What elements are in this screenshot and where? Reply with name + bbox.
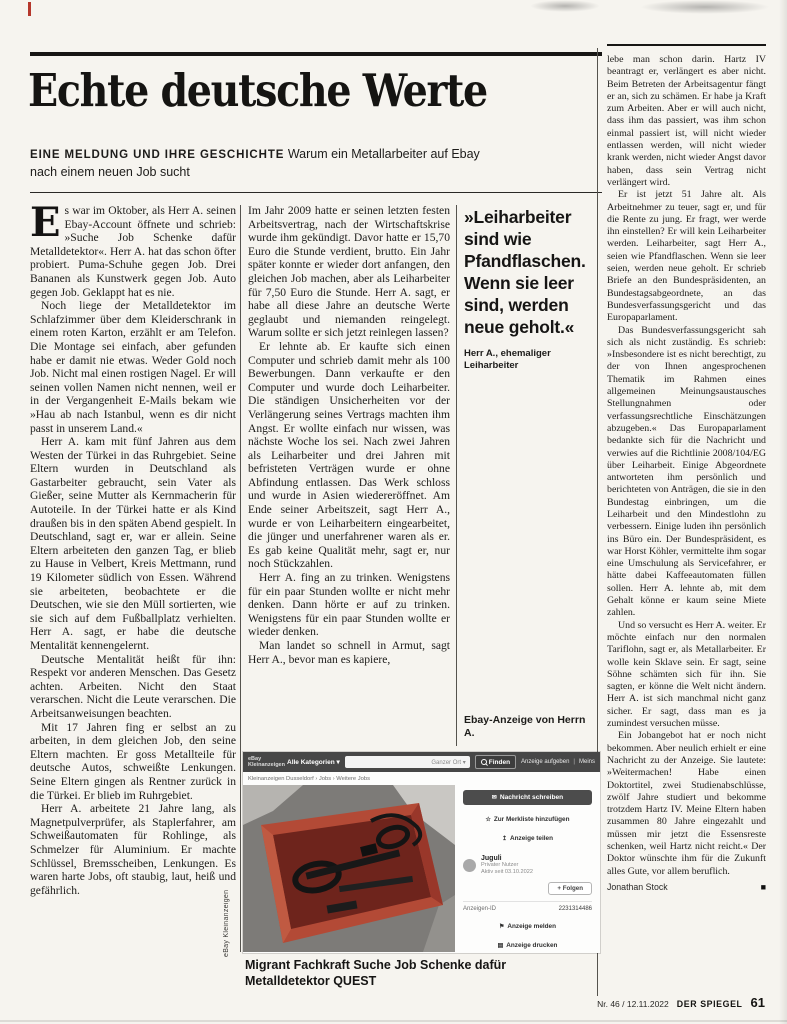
pull-quote: »Leiharbeiter sind wie Pfandflaschen. We… (464, 206, 600, 372)
ebay-ad-screenshot: eBay Kleinanzeigen Alle Kategorien ▾ Gan… (243, 752, 600, 953)
seller-info: Juguli Privater Nutzer Aktiv seit 03.10.… (463, 855, 592, 876)
ad-id-label: Anzeigen-ID (463, 906, 496, 912)
ad-id-value: 2231314486 (559, 906, 592, 912)
paragraph: Mit 17 Jahren fing er selbst an zu arbei… (30, 721, 236, 803)
message-button: ✉Nachricht schreiben (463, 790, 592, 805)
paragraph: Deutsche Mentalität heißt für ihn: Respe… (30, 653, 236, 721)
seller-avatar (463, 859, 476, 872)
ebay-ad-label: Ebay-Anzeige von Herrn A. (464, 714, 594, 740)
report-ad-link: ⚑Anzeige melden (463, 922, 592, 931)
search-icon (481, 759, 487, 765)
seller-type: Privater Nutzer (481, 862, 533, 869)
paragraph: Im Jahr 2009 hatte er seinen letzten fes… (248, 204, 450, 340)
article-end-mark: ■ (761, 881, 766, 893)
paragraph: Er ist jetzt 51 Jahre alt. Als Arbeitneh… (607, 189, 766, 324)
ebay-logo: eBay Kleinanzeigen (248, 756, 282, 768)
headline-rule (30, 52, 602, 56)
author-byline: Jonathan Stock (607, 881, 668, 893)
right-column-rule (607, 44, 766, 46)
navbar-links: Anzeige aufgeben | Meins (521, 759, 595, 765)
page-edge-shadow (779, 0, 787, 1024)
article-column-2: Im Jahr 2009 hatte er seinen letzten fes… (248, 204, 450, 746)
magazine-name: DER SPIEGEL (677, 999, 743, 1009)
article-column-4: lebe man schon darin. Hartz IV beantragt… (607, 54, 766, 990)
seller-name: Juguli (481, 855, 533, 862)
follow-button: + Folgen (548, 882, 592, 895)
printer-icon: ▤ (498, 942, 504, 949)
paragraph: Noch liege der Metalldetektor im Schlafz… (30, 299, 236, 435)
paragraph: Es war im Oktober, als Herr A. seinen Eb… (30, 204, 236, 299)
category-dropdown: Alle Kategorien ▾ (287, 758, 340, 766)
column-divider-2 (456, 205, 457, 746)
paragraph: Das Bundesverfassungsgericht sah sich al… (607, 325, 766, 620)
ebay-ad-body: ✉Nachricht schreiben ☆Zur Merkliste hinz… (243, 785, 600, 952)
flag-icon: ⚑ (499, 923, 504, 930)
watchlist-button: ☆Zur Merkliste hinzufügen (463, 815, 592, 824)
article-column-1: Es war im Oktober, als Herr A. seinen Eb… (30, 204, 236, 990)
ebay-navbar: eBay Kleinanzeigen Alle Kategorien ▾ Gan… (243, 752, 600, 772)
ad-id-row: Anzeigen-ID 2231314486 (463, 906, 592, 912)
red-crop-mark (28, 2, 31, 16)
dropcap: E (30, 204, 65, 239)
metal-detector-photo-svg (243, 785, 455, 952)
breadcrumb: Kleinanzeigen Dusseldorf › Jobs › Weiter… (243, 772, 600, 785)
share-icon: ↥ (502, 835, 507, 842)
kicker-label: EINE MELDUNG UND IHRE GESCHICHTE (30, 149, 284, 161)
scan-smudge (530, 0, 600, 12)
panel-divider (463, 901, 592, 902)
paragraph: Herr A. arbeitete 21 Jahre lang, als Mag… (30, 802, 236, 897)
scan-smudge (640, 0, 770, 14)
magazine-page: Echte deutsche Werte EINE MELDUNG UND IH… (0, 0, 787, 1024)
paragraph: Und so versucht es Herr A. weiter. Er mö… (607, 620, 766, 731)
navbar-separator: | (573, 759, 575, 765)
byline-row: Jonathan Stock ■ (607, 881, 766, 893)
page-number: 61 (751, 995, 765, 1010)
paragraph: Man landet so schnell in Armut, sagt Her… (248, 639, 450, 666)
paragraph: Ein Jobangebot hat er noch nicht bekomme… (607, 730, 766, 878)
image-caption: Migrant Fachkraft Suche Job Schenke dafü… (245, 957, 591, 989)
paragraph: Herr A. kam mit fünf Jahren aus dem West… (30, 435, 236, 653)
search-input: Ganzer Ort ▾ (345, 756, 470, 768)
page-title: Echte deutsche Werte (28, 64, 487, 117)
kicker-rule (30, 192, 602, 193)
issue-date: Nr. 46 / 12.11.2022 (597, 999, 669, 1009)
paragraph: lebe man schon darin. Hartz IV beantragt… (607, 54, 766, 189)
page-footer: Nr. 46 / 12.11.2022 DER SPIEGEL 61 (597, 995, 765, 1010)
envelope-icon: ✉ (492, 794, 497, 801)
account-link: Meins (579, 759, 595, 765)
column-divider-1 (240, 205, 241, 952)
share-button: ↥Anzeige teilen (463, 834, 592, 843)
paragraph: Herr A. fing an zu trinken. Wenigstens f… (248, 571, 450, 639)
star-icon: ☆ (485, 816, 490, 823)
ad-photo-metal-detector (243, 785, 455, 952)
print-ad-link: ▤Anzeige drucken (463, 941, 592, 950)
pull-quote-attribution: Herr A., ehemaliger Leiharbeiter (464, 348, 600, 372)
kicker: EINE MELDUNG UND IHRE GESCHICHTE Warum e… (30, 146, 482, 181)
search-button: Finden (475, 755, 516, 769)
seller-active-since: Aktiv seit 03.10.2022 (481, 869, 533, 876)
location-dropdown: Ganzer Ort ▾ (431, 759, 465, 766)
ebay-ad-sidebar: ✉Nachricht schreiben ☆Zur Merkliste hinz… (455, 785, 600, 952)
pull-quote-text: »Leiharbeiter sind wie Pfandflaschen. We… (464, 206, 600, 338)
page-edge-shadow (0, 1020, 787, 1022)
paragraph: Er lehnte ab. Er kaufte sich einen Compu… (248, 340, 450, 571)
seller-details: Juguli Privater Nutzer Aktiv seit 03.10.… (481, 855, 533, 876)
photo-credit: eBay Kleinanzeigen (223, 845, 230, 957)
post-ad-link: Anzeige aufgeben (521, 759, 569, 765)
